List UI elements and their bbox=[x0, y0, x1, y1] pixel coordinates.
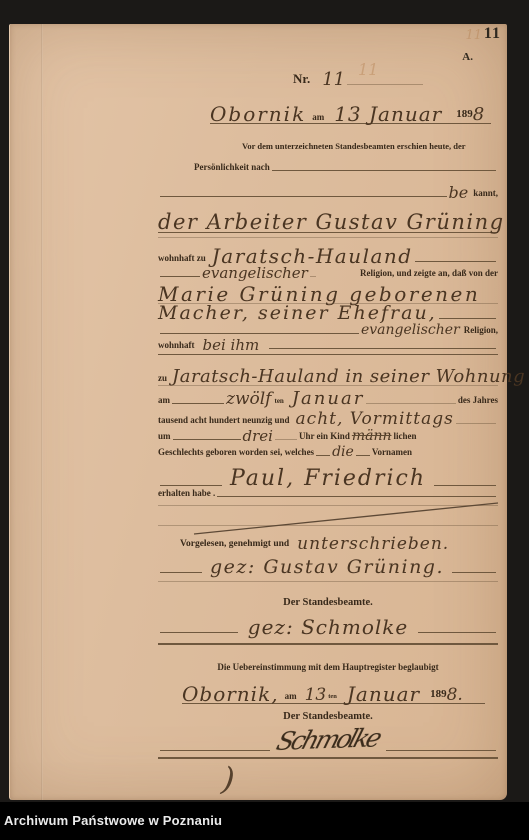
ruled-line bbox=[418, 632, 496, 633]
ruled-line bbox=[160, 333, 359, 334]
archive-photo-frame: 11 11 A. 11 Nr. 11 Obornik am 13 Januar … bbox=[0, 0, 529, 840]
birth-day-handwriting: zwölf bbox=[226, 392, 271, 407]
ruled-line bbox=[275, 439, 297, 440]
ruled-line bbox=[366, 403, 456, 404]
mother-maiden-handwriting: Macher, seiner Ehefrau, bbox=[158, 305, 437, 322]
um-label: um bbox=[158, 432, 171, 443]
certification-date-line: Obornik, am 13 ten Januar 189 8. bbox=[182, 675, 485, 704]
declarant-signature-handwriting: gez: Gustav Grüning. bbox=[210, 559, 444, 576]
bottom-divider-line bbox=[158, 757, 498, 759]
gender-handwriting: männ bbox=[352, 430, 392, 443]
gender-suffix-printed: lichen bbox=[393, 432, 416, 443]
mother-residence-line: wohnhaft bei ihm bbox=[158, 335, 498, 352]
city-handwriting: Obornik bbox=[210, 105, 306, 123]
uhr-kind-printed: Uhr ein Kind bbox=[299, 432, 350, 443]
record-number-value: 11 bbox=[322, 72, 345, 88]
intro-line: Vor dem unterzeichneten Standesbeamten e… bbox=[158, 141, 498, 153]
ruled-line bbox=[356, 455, 370, 456]
pen-mark: ) bbox=[220, 759, 236, 798]
ruled-line bbox=[272, 170, 496, 171]
year-handwriting: acht, Vormittags bbox=[296, 412, 454, 427]
certification-signature-line: Schmolke bbox=[158, 724, 498, 754]
year-digit-handwriting: 8 bbox=[473, 107, 484, 123]
geschlechts-printed: Geschlechts geboren worden sei, welches bbox=[158, 448, 314, 459]
ruled-line bbox=[316, 455, 330, 456]
record-number-label: Nr. bbox=[293, 72, 310, 88]
certification-year-digit-handwriting: 8. bbox=[447, 688, 463, 703]
certification-ten-suffix: ten bbox=[328, 694, 337, 703]
wohnhaft-label: wohnhaft bbox=[158, 341, 195, 352]
ruled-line bbox=[347, 84, 423, 85]
intro-text: Vor dem unterzeichneten Standesbeamten e… bbox=[158, 142, 466, 153]
paper-fold-crease bbox=[41, 24, 43, 800]
certification-month-handwriting: Januar bbox=[347, 685, 420, 703]
birthyear-line: tausend acht hundert neunzig und acht, V… bbox=[158, 407, 498, 427]
registrar-signature-handwriting: gez: Schmolke bbox=[248, 618, 408, 636]
birth-hour-line: um drei Uhr ein Kind männ lichen bbox=[158, 427, 498, 443]
page-number: 11 bbox=[484, 25, 501, 43]
ruled-line bbox=[160, 276, 200, 277]
record-number-line: Nr. 11 bbox=[293, 62, 425, 88]
personality-line: Persönlichkeit nach bbox=[158, 160, 498, 174]
ruled-line bbox=[160, 572, 202, 573]
residence-line: wohnhaft zu Jaratsch-Hauland bbox=[158, 239, 498, 265]
vornamen-printed: Vornamen bbox=[372, 448, 412, 459]
hour-handwriting: drei bbox=[243, 430, 273, 444]
ruled-line bbox=[269, 348, 496, 349]
certification-year-printed: 189 bbox=[430, 689, 447, 703]
zu-label: zu bbox=[158, 374, 167, 385]
ruled-line bbox=[158, 354, 498, 355]
unterschrieben-handwriting: unterschrieben. bbox=[297, 537, 449, 552]
des-jahres-label: des Jahres bbox=[458, 396, 498, 407]
archive-credit-bar: Archiwum Państwowe w Poznaniu bbox=[0, 802, 529, 840]
section-divider-line bbox=[158, 643, 498, 645]
declarant-handwriting: der Arbeiter Gustav Grüning bbox=[158, 213, 505, 232]
am-label: am bbox=[312, 113, 324, 123]
certification-registrar-title-line: Der Standesbeamte. bbox=[158, 710, 498, 724]
certification-statement-line: Die Uebereinstimmung mit dem Hauptregist… bbox=[158, 662, 498, 674]
date-handwriting: 13 Januar bbox=[334, 105, 442, 123]
certification-day-handwriting: 13 bbox=[305, 688, 327, 703]
ruled-line bbox=[310, 276, 316, 277]
declarant-line: der Arbeiter Gustav Grüning bbox=[158, 196, 498, 233]
certification-am-label: am bbox=[285, 692, 297, 703]
register-page: 11 11 A. 11 Nr. 11 Obornik am 13 Januar … bbox=[9, 24, 507, 800]
certification-statement-printed: Die Uebereinstimmung mit dem Hauptregist… bbox=[217, 663, 438, 674]
ten-suffix: ten bbox=[274, 398, 283, 407]
ruled-line bbox=[160, 485, 222, 486]
ruled-line bbox=[386, 750, 496, 751]
registrar-title-printed: Der Standesbeamte. bbox=[283, 597, 373, 610]
personality-text: Persönlichkeit nach bbox=[194, 163, 270, 174]
page-number-ghost: 11 bbox=[465, 28, 482, 43]
birth-month-handwriting: Januar bbox=[292, 391, 364, 407]
ruled-line bbox=[173, 439, 241, 440]
ruled-line bbox=[158, 237, 498, 238]
article-handwriting: die bbox=[332, 446, 354, 459]
sex-vornamen-line: Geschlechts geboren worden sei, welches … bbox=[158, 443, 498, 459]
ruled-line bbox=[172, 403, 224, 404]
ruled-line bbox=[160, 750, 270, 751]
religion-handwriting: evangelischer bbox=[202, 267, 308, 281]
ruled-line bbox=[158, 581, 498, 582]
birthplace-handwriting: Jaratsch-Hauland in seiner Wohnung bbox=[172, 369, 525, 385]
archive-credit-text: Archiwum Państwowe w Poznaniu bbox=[4, 813, 222, 828]
declarant-signature-line: gez: Gustav Grüning. bbox=[158, 551, 498, 576]
certification-city-handwriting: Obornik, bbox=[182, 685, 279, 703]
registrar-autograph-scrawl: Schmolke bbox=[273, 723, 382, 755]
ruled-line bbox=[439, 318, 496, 319]
registrar-title-line: Der Standesbeamte. bbox=[158, 596, 498, 610]
ruled-line bbox=[217, 496, 496, 497]
ruled-line bbox=[452, 572, 496, 573]
vorgelesen-line: Vorgelesen, genehmigt und unterschrieben… bbox=[158, 532, 498, 552]
registrar-signature-line: gez: Schmolke bbox=[158, 610, 498, 636]
birthdate-line: am zwölf ten Januar des Jahres bbox=[158, 385, 498, 407]
ruled-line bbox=[434, 485, 496, 486]
certification-registrar-title-printed: Der Standesbeamte. bbox=[283, 711, 373, 724]
birthplace-line: zu Jaratsch-Hauland in seiner Wohnung bbox=[158, 359, 498, 386]
year-words-printed: tausend acht hundert neunzig und bbox=[158, 416, 290, 427]
ruled-line bbox=[456, 423, 496, 424]
ruled-line bbox=[160, 632, 238, 633]
child-name-line: Paul, Friedrich bbox=[158, 459, 498, 489]
am-label: am bbox=[158, 396, 170, 407]
year-printed: 189 bbox=[456, 109, 473, 123]
bei-ihm-handwriting: bei ihm bbox=[203, 339, 260, 353]
mother-maiden-line: Macher, seiner Ehefrau, bbox=[158, 300, 498, 322]
place-date-line: Obornik am 13 Januar 189 8 bbox=[210, 93, 491, 124]
religion-line: evangelischer Religion, und zeigte an, d… bbox=[158, 263, 498, 280]
ruled-line bbox=[415, 261, 496, 262]
section-letter: A. bbox=[462, 51, 473, 63]
